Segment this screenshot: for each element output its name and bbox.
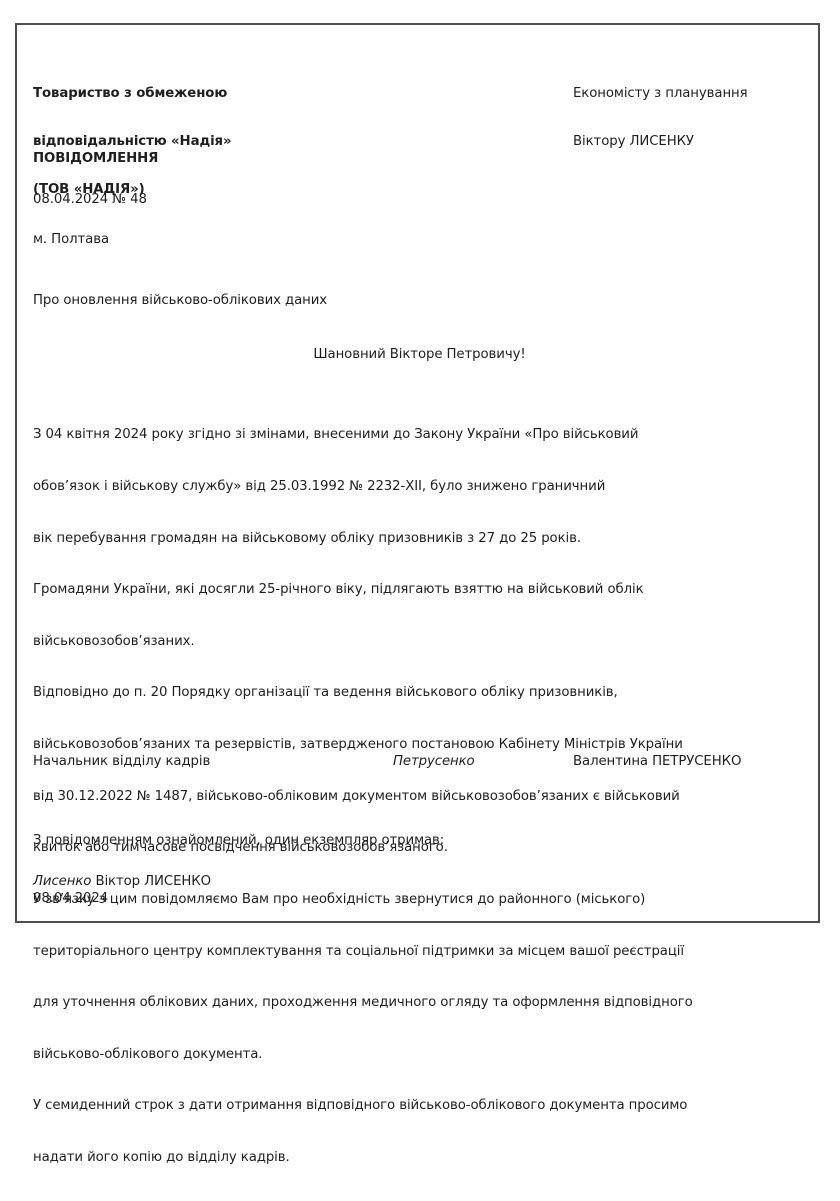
signatory-name: Валентина ПЕТРУСЕНКО [573, 754, 741, 770]
body-line: військовозобов’язаних. [33, 633, 693, 650]
document-page: Товариство з обмеженою відповідальністю … [15, 23, 820, 923]
acknowledgement-date: 08.04.2024 [33, 891, 108, 907]
body-line: Громадяни України, які досягли 25-річног… [33, 581, 693, 598]
acknowledgement-text: З повідомленням ознайомлений, один екзем… [33, 833, 444, 849]
signatory-signature: Петрусенко [393, 754, 475, 770]
organization-line: відповідальністю «Надія» [33, 134, 231, 150]
body-line: вік перебування громадян на військовому … [33, 530, 693, 547]
acknowledgement-signature-line: Лисенко Віктор ЛИСЕНКО [33, 874, 211, 890]
signatory-position: Начальник відділу кадрів [33, 754, 210, 770]
body-line: військово-облікового документа. [33, 1046, 693, 1063]
body-line: У зв’язку з цим повідомляємо Вам про нео… [33, 891, 693, 908]
recipient-line: Економісту з планування [573, 86, 748, 102]
recipient-line: Віктору ЛИСЕНКУ [573, 134, 748, 150]
document-title: ПОВІДОМЛЕННЯ [33, 151, 158, 167]
document-city: м. Полтава [33, 232, 109, 248]
body-line: обов’язок і військову службу» від 25.03.… [33, 478, 693, 495]
acknowledgement-signature: Лисенко [33, 874, 91, 889]
body-line: Відповідно до п. 20 Порядку організації … [33, 684, 693, 701]
document-date-number: 08.04.2024 № 48 [33, 192, 147, 208]
body-line: від 30.12.2022 № 1487, військово-обліков… [33, 788, 693, 805]
recipient-block: Економісту з планування Віктору ЛИСЕНКУ [573, 54, 748, 182]
body-line: військовозобов’язаних та резервістів, за… [33, 736, 693, 753]
body-line: З 04 квітня 2024 року згідно зі змінами,… [33, 426, 693, 443]
body-line: надати його копію до відділу кадрів. [33, 1149, 693, 1166]
greeting: Шановний Вікторе Петровичу! [17, 347, 822, 363]
document-subject: Про оновлення військово-облікових даних [33, 293, 327, 309]
organization-line: Товариство з обмеженою [33, 86, 231, 102]
body-line: територіального центру комплектування та… [33, 943, 693, 960]
acknowledgement-name: Віктор ЛИСЕНКО [95, 874, 211, 889]
document-body: З 04 квітня 2024 року згідно зі змінами,… [33, 392, 693, 1201]
body-line: для уточнення облікових даних, проходжен… [33, 994, 693, 1011]
body-line: У семиденний строк з дати отримання відп… [33, 1097, 693, 1114]
